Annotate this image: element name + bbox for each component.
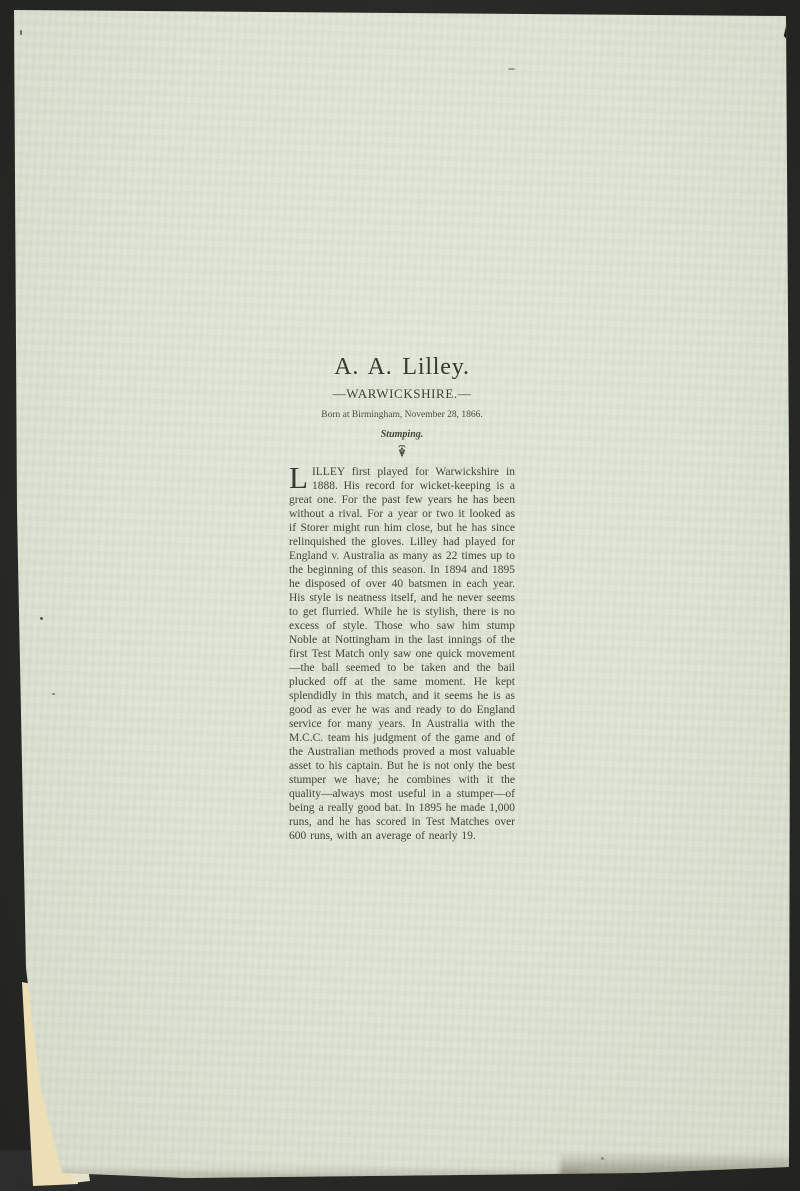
drop-cap: L <box>289 466 308 492</box>
paper-speck <box>508 68 515 70</box>
birth-caption: Born at Birmingham, November 28, 1866. <box>289 410 515 421</box>
article-paragraph: LILLEY first played for Warwickshire in … <box>289 465 515 843</box>
county-heading: —WARWICKSHIRE.— <box>289 386 515 402</box>
paper-speck <box>20 30 22 35</box>
scanned-book-photo: A. A. Lilley. —WARWICKSHIRE.— Born at Bi… <box>0 0 800 1191</box>
article-body-text: first played for Warwickshire in 1888. H… <box>289 466 515 842</box>
specialty-caption: Stumping. <box>289 429 515 440</box>
article-lead-word: ILLEY <box>312 466 345 478</box>
fleuron-icon <box>289 444 515 462</box>
paper-speck <box>52 693 55 695</box>
printed-column: A. A. Lilley. —WARWICKSHIRE.— Born at Bi… <box>289 353 515 843</box>
paper-speck <box>40 617 43 620</box>
page-title: A. A. Lilley. <box>289 353 515 381</box>
page-bottom-shadow <box>560 1152 795 1178</box>
book-page: A. A. Lilley. —WARWICKSHIRE.— Born at Bi… <box>0 0 800 1191</box>
paper-speck <box>601 1157 604 1160</box>
